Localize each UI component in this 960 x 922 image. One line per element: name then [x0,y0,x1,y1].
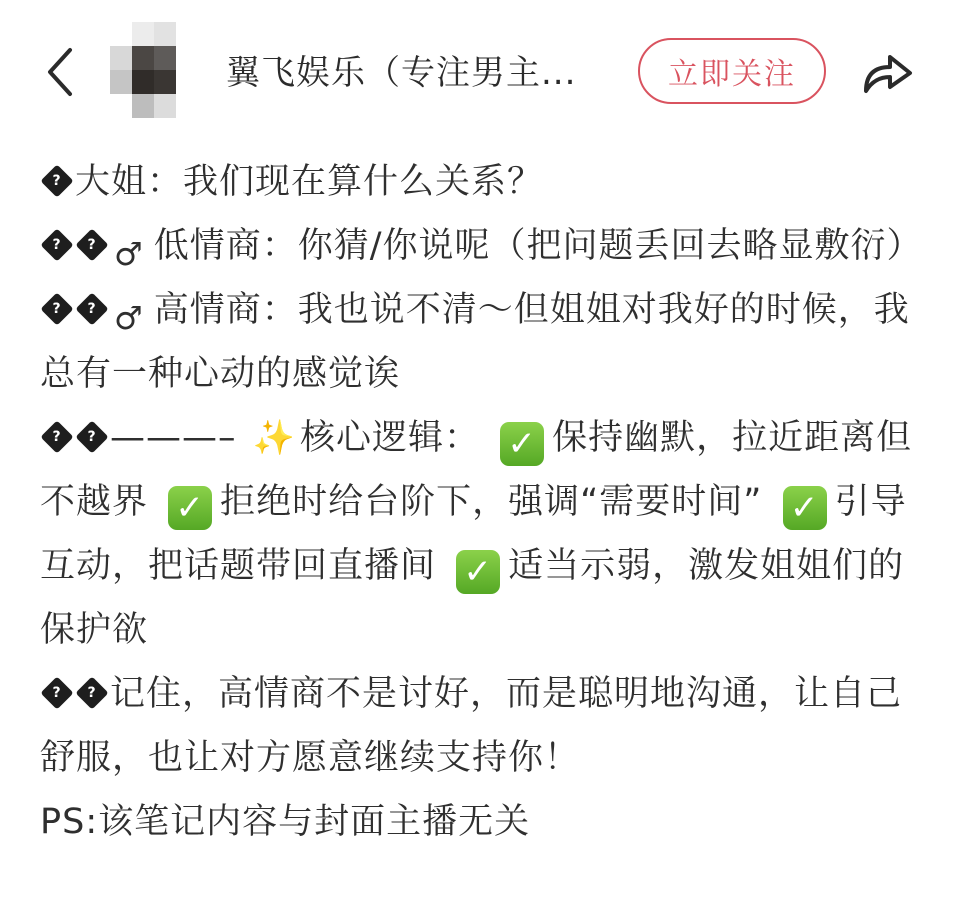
core-point: 拒绝时给台阶下，强调“需要时间” [220,482,762,522]
unknown-glyph-icon [75,292,108,325]
sparkles-icon: ✨ [253,418,296,458]
check-mark-icon: ✓ [456,550,500,594]
unknown-glyph-icon [40,228,73,261]
core-logic-title: 核心逻辑： [300,418,480,458]
note-content: 播爆满喜爱，等一个心动的伴把我带回家！ 大姐：我们现在算什么关系？ ♂低情商：你… [40,110,930,854]
share-button[interactable] [858,46,918,98]
unknown-glyph-icon [40,676,73,709]
dash-divider: ———– [110,418,237,458]
male-symbol-icon: ♂ [114,235,144,273]
low-eq-text: 低情商：你猜/你说呢（把问题丢回去略显敷衍） [154,226,923,266]
chevron-left-icon [44,46,76,98]
avatar[interactable] [110,22,198,118]
high-eq-text: 高情商：我也说不清～但姐姐对我好的时候，我总有一种心动的感觉诶 [40,290,910,394]
unknown-glyph-icon [75,676,108,709]
ps-note: PS:该笔记内容与封面主播无关 [40,790,930,854]
paragraph-remember: 记住，高情商不是讨好，而是聪明地沟通，让自己舒服，也让对方愿意继续支持你！ [40,662,930,790]
check-mark-icon: ✓ [500,422,544,466]
author-name[interactable]: 翼飞娱乐（专注男主... [226,44,606,102]
unknown-glyph-icon [75,228,108,261]
male-symbol-icon: ♂ [114,299,144,337]
share-arrow-icon [860,47,916,97]
paragraph-core-logic: ———– ✨核心逻辑： ✓保持幽默，拉近距离但不越界 ✓拒绝时给台阶下，强调“需… [40,406,930,662]
question-text: 大姐：我们现在算什么关系？ [75,162,543,202]
paragraph-high-eq: ♂高情商：我也说不清～但姐姐对我好的时候，我总有一种心动的感觉诶 [40,278,930,406]
unknown-glyph-icon [75,420,108,453]
unknown-glyph-icon [40,420,73,453]
unknown-glyph-icon [40,292,73,325]
check-mark-icon: ✓ [783,486,827,530]
top-bar: 翼飞娱乐（专注男主... 立即关注 [0,0,960,140]
check-mark-icon: ✓ [168,486,212,530]
remember-text: 记住，高情商不是讨好，而是聪明地沟通，让自己舒服，也让对方愿意继续支持你！ [40,674,902,778]
unknown-glyph-icon [40,164,73,197]
back-button[interactable] [40,44,80,100]
follow-button[interactable]: 立即关注 [638,38,826,104]
paragraph-low-eq: ♂低情商：你猜/你说呢（把问题丢回去略显敷衍） [40,214,930,278]
paragraph-question: 大姐：我们现在算什么关系？ [40,150,930,214]
